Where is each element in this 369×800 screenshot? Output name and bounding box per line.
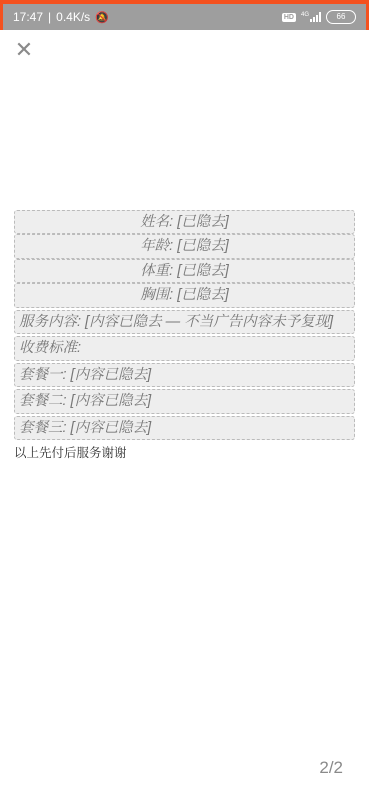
document-page: 姓名: [已隐去] 年龄: [已隐去] 体重: [已隐去] 胸围: [已隐去] … bbox=[0, 210, 369, 464]
doc-footer-note: 以上先付后服务谢谢 bbox=[14, 444, 355, 463]
network-type-label: 4G bbox=[301, 12, 309, 18]
doc-paragraph: 套餐一: [内容已隐去] bbox=[14, 363, 355, 387]
clock: 17:47 bbox=[13, 10, 43, 24]
doc-paragraph: 收费标准: bbox=[14, 336, 355, 360]
doc-paragraph: 套餐三: [内容已隐去] bbox=[14, 416, 355, 440]
hd-icon: HD bbox=[282, 13, 296, 22]
battery-icon: 66 bbox=[326, 10, 356, 24]
signal-strength-icon: 4G bbox=[301, 12, 321, 22]
close-icon[interactable]: ✕ bbox=[12, 38, 36, 62]
doc-header-line: 姓名: [已隐去] bbox=[14, 210, 355, 234]
mute-icon: 🔕 bbox=[95, 11, 109, 24]
page-indicator: 2/2 bbox=[319, 758, 343, 778]
separator: | bbox=[48, 10, 51, 24]
network-speed: 0.4K/s bbox=[56, 10, 90, 24]
doc-header-line: 体重: [已隐去] bbox=[14, 259, 355, 283]
doc-header-line: 胸围: [已隐去] bbox=[14, 283, 355, 307]
doc-header-line: 年龄: [已隐去] bbox=[14, 234, 355, 258]
status-bar: 17:47 | 0.4K/s 🔕 HD 4G 66 bbox=[3, 4, 366, 30]
doc-paragraph: 套餐二: [内容已隐去] bbox=[14, 389, 355, 413]
doc-paragraph: 服务内容: [内容已隐去 — 不当广告内容未予复现] bbox=[14, 310, 355, 334]
